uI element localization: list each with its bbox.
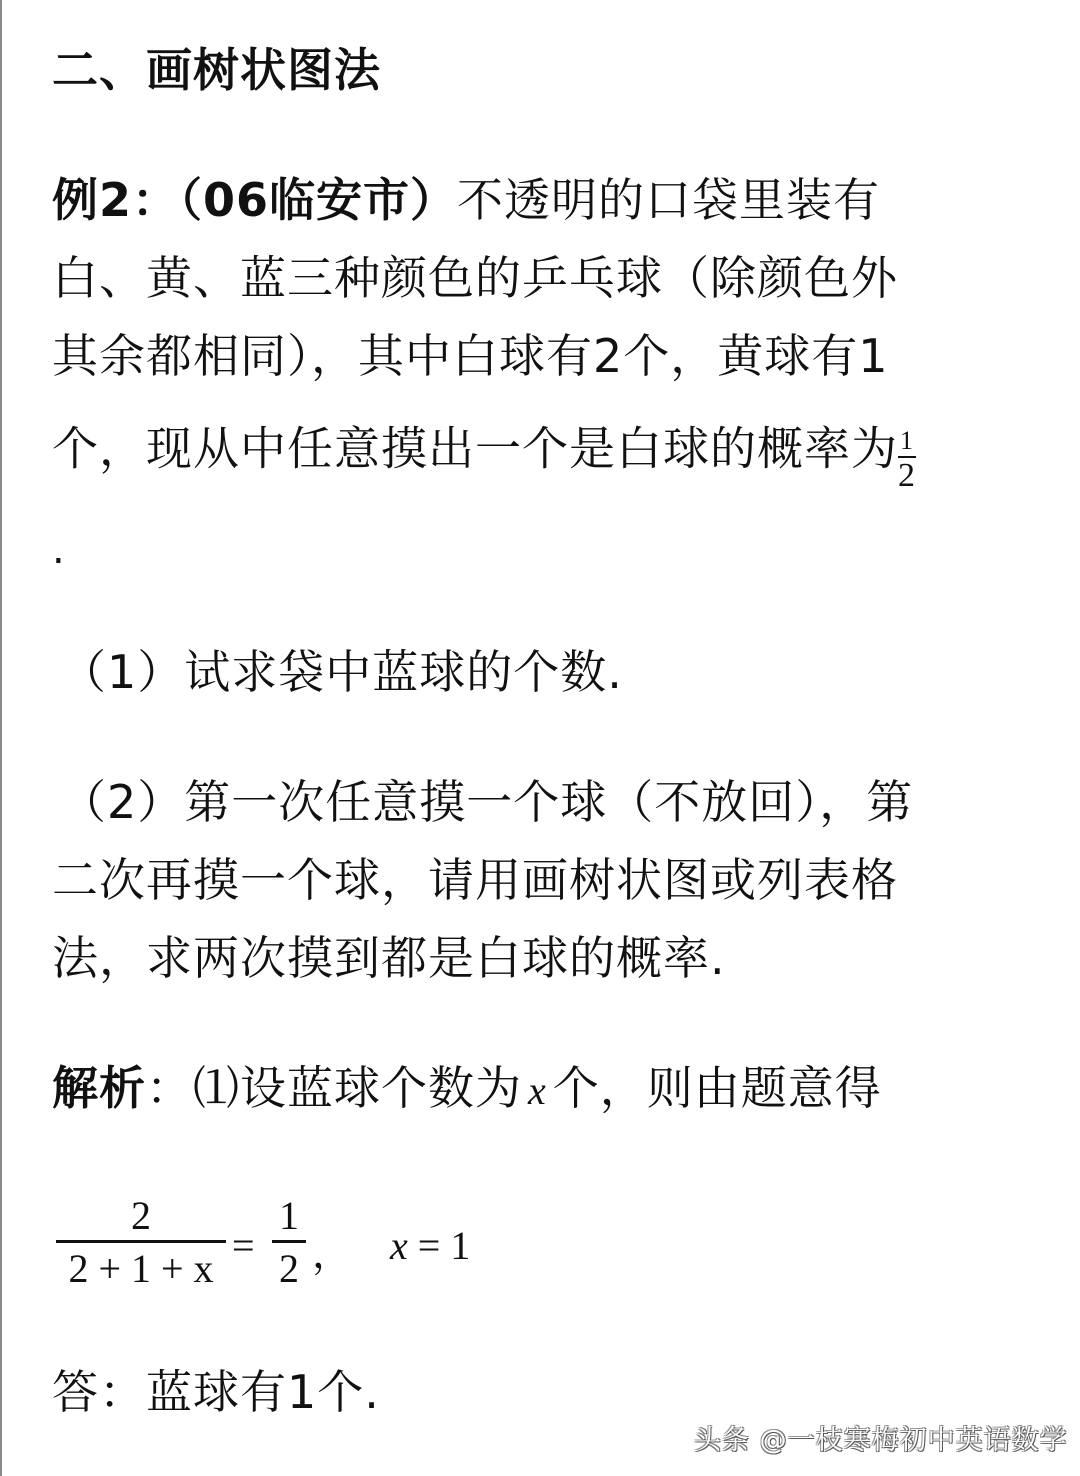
- fraction-numerator: 1: [898, 426, 916, 458]
- lhs-numerator: 2: [56, 1192, 226, 1240]
- equals-sign: =: [232, 1222, 255, 1269]
- example-line-1: 例2：（06临安市）不透明的口袋里装有: [52, 170, 880, 230]
- solution-label: 解析: [52, 1061, 146, 1115]
- fraction-denominator: 2: [898, 458, 916, 494]
- example-line-4: 个，现从中任意摸出一个是白球的概率为12: [52, 418, 916, 486]
- solution-text: ⑴设蓝球个数为: [193, 1061, 522, 1115]
- example-line-2: 白、黄、蓝三种颜色的乒乓球（除颜色外: [52, 248, 898, 308]
- solution-intro: 解析：⑴设蓝球个数为x个，则由题意得: [52, 1058, 882, 1121]
- solution-colon: ：: [146, 1061, 193, 1115]
- watermark: 头条 @一枝寒梅初中英语数学: [694, 1418, 1068, 1457]
- variable-x: x: [528, 1068, 547, 1113]
- rhs-fraction: 1 2: [272, 1192, 306, 1295]
- example-text: 不透明的口袋里装有: [457, 173, 880, 227]
- section-title: 二、画树状图法: [52, 40, 381, 100]
- equation-result: x = 1: [390, 1222, 470, 1269]
- result-variable: x: [390, 1223, 408, 1268]
- question-2-line-1: （2）第一次任意摸一个球（不放回），第: [60, 772, 913, 832]
- example-line-5: .: [52, 520, 66, 580]
- example-label: 例2：（06临安市）: [52, 173, 457, 227]
- question-2-line-2: 二次再摸一个球，请用画树状图或列表格: [52, 850, 898, 910]
- equation-comma: ，: [312, 1222, 352, 1279]
- lhs-fraction: 2 2 + 1 + x: [56, 1192, 226, 1295]
- solution-text-2: 个，则由题意得: [553, 1061, 882, 1115]
- question-2-line-3: 法，求两次摸到都是白球的概率.: [52, 928, 726, 988]
- probability-fraction: 12: [898, 426, 916, 494]
- example-text: 个，现从中任意摸出一个是白球的概率为: [52, 422, 898, 476]
- result-value: = 1: [418, 1223, 471, 1268]
- rhs-numerator: 1: [272, 1192, 306, 1240]
- page-left-border: [0, 0, 2, 1476]
- lhs-denominator: 2 + 1 + x: [56, 1243, 226, 1295]
- rhs-denominator: 2: [272, 1243, 306, 1295]
- answer: 答：蓝球有1个.: [52, 1362, 380, 1422]
- question-1: （1）试求袋中蓝球的个数.: [60, 642, 623, 702]
- example-line-3: 其余都相同），其中白球有2个，黄球有1: [52, 326, 889, 386]
